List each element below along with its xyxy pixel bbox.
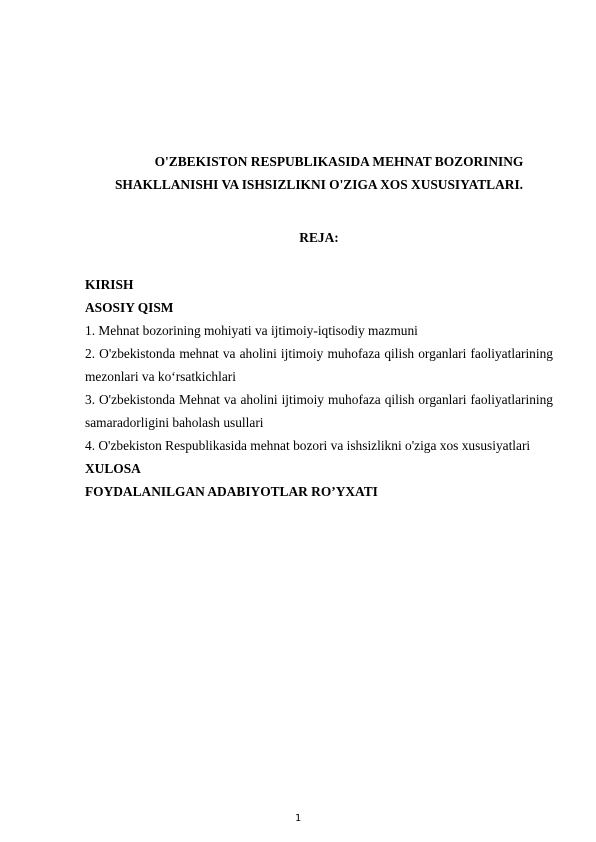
page-number: 1 [0,812,596,826]
plan-heading: REJA: [85,226,553,249]
title-line-1: O'ZBEKISTON RESPUBLIKASIDA MEHNAT BOZORI… [85,150,553,173]
plan-references: FOYDALANILGAN ADABIYOTLAR RO’YXATI [85,480,553,503]
plan-item-2: 2. O'zbekistonda mehnat va aholini ijtim… [85,342,553,388]
plan-conclusion: XULOSA [85,457,553,480]
document-page: O'ZBEKISTON RESPUBLIKASIDA MEHNAT BOZORI… [0,0,596,842]
plan-item-3: 3. O'zbekistonda Mehnat va aholini ijtim… [85,388,553,434]
plan-contents: KIRISH ASOSIY QISM 1. Mehnat bozorining … [85,273,553,503]
plan-item-1: 1. Mehnat bozorining mohiyati va ijtimoi… [85,319,553,342]
document-title: O'ZBEKISTON RESPUBLIKASIDA MEHNAT BOZORI… [85,150,553,196]
plan-main-part: ASOSIY QISM [85,296,553,319]
title-line-2: SHAKLLANISHI VA ISHSIZLIKNI O'ZIGA XOS X… [85,173,553,196]
plan-item-4: 4. O'zbekiston Respublikasida mehnat boz… [85,434,553,457]
plan-intro: KIRISH [85,273,553,296]
